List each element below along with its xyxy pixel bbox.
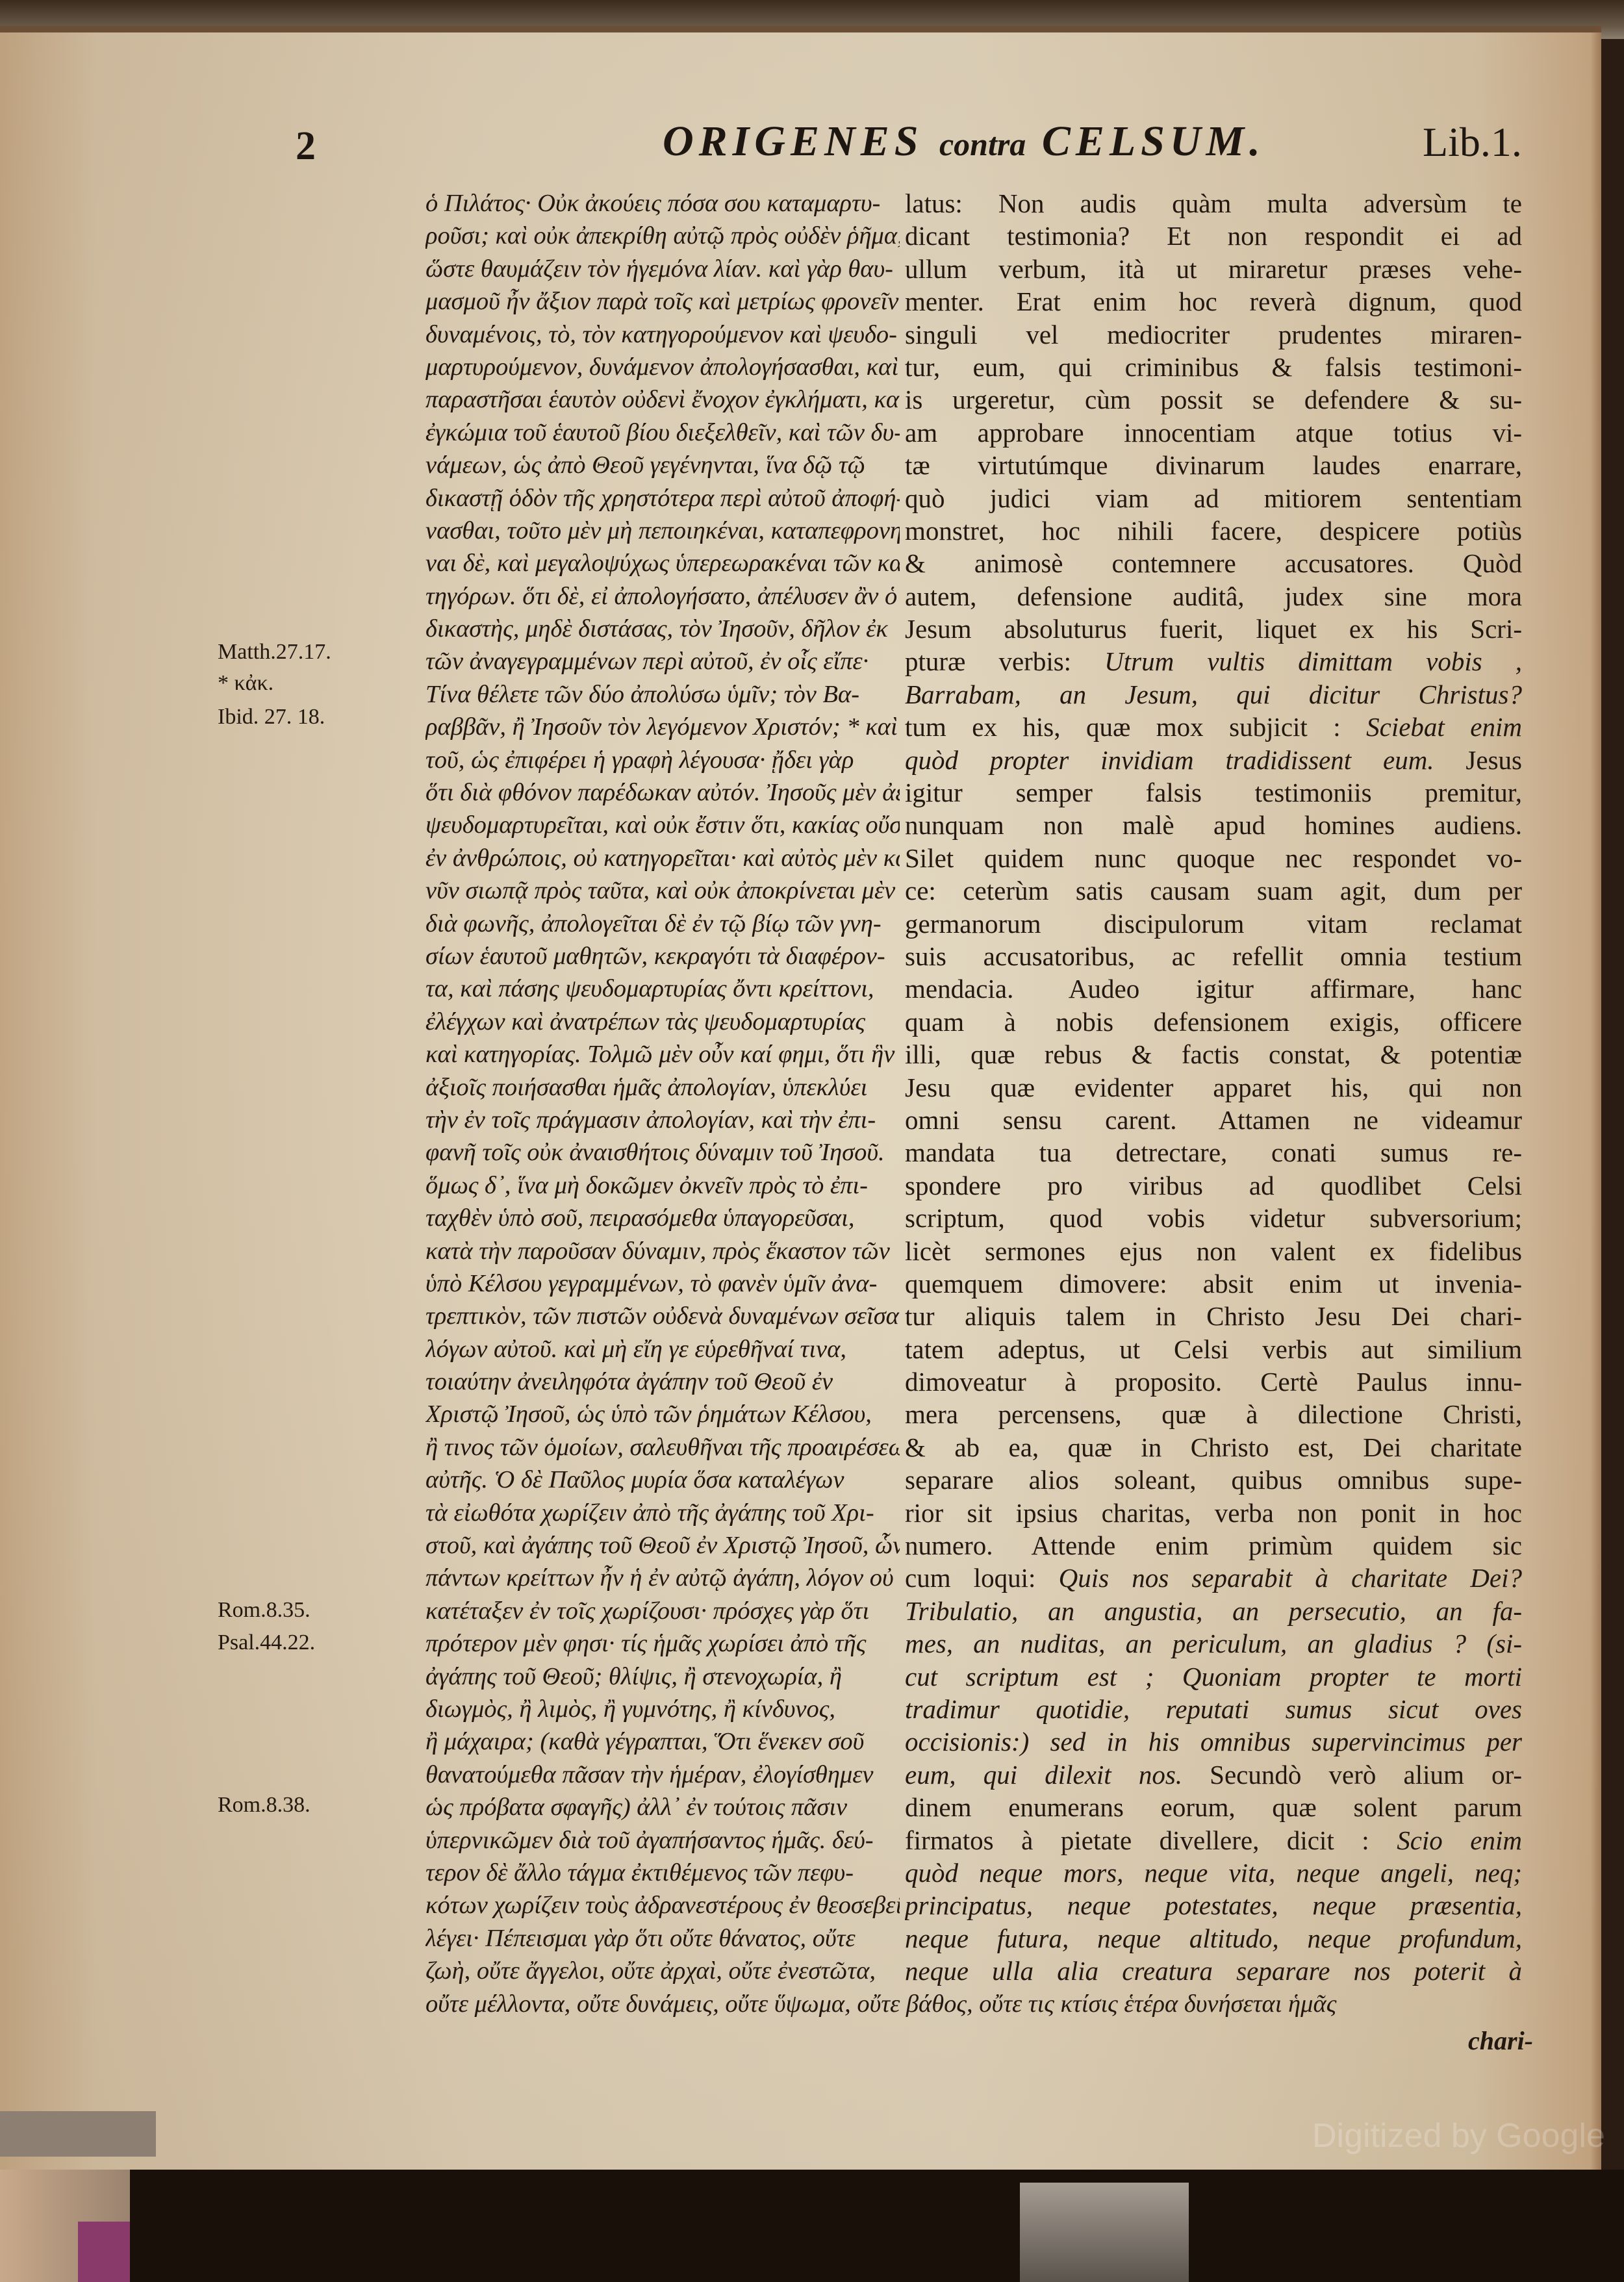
- greek-line: θανατούμεθα πᾶσαν τὴν ἡμέραν, ἐλογίσθημε…: [425, 1758, 900, 1791]
- greek-line: τα, καὶ πάσης ψευδομαρτυρίας ὄντι κρείττ…: [425, 972, 900, 1005]
- greek-line: ροῦσι; καὶ οὐκ ἀπεκρίθη αὐτῷ πρὸς οὐδὲν …: [425, 220, 900, 252]
- latin-line: separare alios soleant, quibus omnibus s…: [905, 1464, 1522, 1496]
- greek-line: παραστῆσαι ἑαυτὸν οὐδενὶ ἔνοχον ἐγκλήματ…: [425, 383, 900, 416]
- latin-line: Barrabam, an Jesum, qui dicitur Christus…: [905, 678, 1522, 711]
- greek-line: ταχθὲν ὑπὸ σοῦ, πειρασόμεθα ὑπαγορεῦσαι,: [425, 1202, 900, 1234]
- greek-line: δικαστῇ ὁδὸν τῆς χρηστότερα περὶ αὐτοῦ ἀ…: [425, 482, 900, 514]
- latin-line: firmatos à pietate divellere, dicit : Sc…: [905, 1824, 1522, 1857]
- greek-line: λόγων αὐτοῦ. καὶ μὴ εἴη γε εὑρεθῆναί τιν…: [425, 1333, 900, 1365]
- latin-line: quòd propter invidiam tradidissent eum. …: [905, 744, 1522, 776]
- greek-line: ὥστε θαυμάζειν τὸν ἡγεμόνα λίαν. καὶ γὰρ…: [425, 253, 900, 285]
- running-title: ORIGENES contra CELSUM.: [663, 117, 1265, 166]
- latin-line: & animosè contemnere accusatores. Quòd: [905, 547, 1522, 579]
- greek-line: κότων χωρίζειν τοὺς ἀδρανεστέρους ἐν θεο…: [425, 1889, 900, 1921]
- greek-line: ὅμως δ᾽, ἵνα μὴ δοκῶμεν ὀκνεῖν πρὸς τὸ ἐ…: [425, 1169, 900, 1202]
- greek-line: τοιαύτην ἀνειληφότα ἀγάπην τοῦ Θεοῦ ἐν: [425, 1365, 900, 1398]
- margin-citation: Psal.44.22.: [218, 1630, 315, 1655]
- latin-line: scriptum, quod vobis videtur subversoriu…: [905, 1202, 1522, 1234]
- greek-line: τὰ εἰωθότα χωρίζειν ἀπὸ τῆς ἀγάπης τοῦ Χ…: [425, 1497, 900, 1529]
- latin-line: ullum verbum, ità ut miraretur præses ve…: [905, 253, 1522, 285]
- margin-citation: Matth.27.17.: [218, 640, 331, 665]
- greek-line: ραββᾶν, ἢ Ἰησοῦν τὸν λεγόμενον Χριστόν; …: [425, 711, 900, 743]
- latin-line: & ab ea, quæ in Christo est, Dei charita…: [905, 1431, 1522, 1464]
- latin-line: illi, quæ rebus & factis constat, & pote…: [905, 1038, 1522, 1071]
- latin-line: quemquem dimovere: absit enim ut invenia…: [905, 1267, 1522, 1300]
- digitization-watermark: Digitized by Google: [1312, 2116, 1605, 2155]
- latin-line: cum loqui: Quis nos separabit à charitat…: [905, 1562, 1522, 1594]
- greek-line: μασμοῦ ἦν ἄξιον παρὰ τοῖς καὶ μετρίως φρ…: [425, 285, 900, 318]
- latin-line: igitur semper falsis testimoniis premitu…: [905, 776, 1522, 809]
- latin-line: mandata tua detrectare, conati sumus re-: [905, 1136, 1522, 1169]
- greek-line: ἢ τινος τῶν ὁμοίων, σαλευθῆναι τῆς προαι…: [425, 1431, 900, 1464]
- latin-line: latus: Non audis quàm multa adversùm te: [905, 187, 1522, 220]
- greek-line: διὰ φωνῆς, ἀπολογεῖται δὲ ἐν τῷ βίῳ τῶν …: [425, 907, 900, 940]
- greek-line: λέγει· Πέπεισμαι γὰρ ὅτι οὔτε θάνατος, ο…: [425, 1922, 900, 1955]
- latin-line: quò judici viam ad mitiorem sententiam: [905, 482, 1522, 514]
- margin-citation: Rom.8.35.: [218, 1598, 311, 1623]
- greek-line: ὁ Πιλάτος· Οὐκ ἀκούεις πόσα σου καταμαρτ…: [425, 187, 900, 220]
- latin-line: monstret, hoc nihili facere, despicere p…: [905, 514, 1522, 547]
- greek-line: φανῆ τοῖς οὐκ ἀναισθήτοις δύναμιν τοῦ Ἰη…: [425, 1136, 900, 1169]
- latin-line: tæ virtutúmque divinarum laudes enarrare…: [905, 449, 1522, 481]
- greek-line: ἢ μάχαιρα; (καθὰ γέγραπται, Ὅτι ἕνεκεν σ…: [425, 1725, 900, 1758]
- latin-line: mera percensens, quæ à dilectione Christ…: [905, 1398, 1522, 1430]
- scanner-clip: [0, 2111, 156, 2157]
- greek-line: ἐγκώμια τοῦ ἑαυτοῦ βίου διεξελθεῖν, καὶ …: [425, 416, 900, 449]
- margin-citation: Ibid. 27. 18.: [218, 705, 325, 729]
- latin-line: nunquam non malè apud homines audiens.: [905, 809, 1522, 841]
- latin-line: tum ex his, quæ mox subjicit : Sciebat e…: [905, 711, 1522, 743]
- latin-line: rior sit ipsius charitas, verba non poni…: [905, 1497, 1522, 1529]
- greek-line: ἐν ἀνθρώποις, οὐ κατηγορεῖται· καὶ αὐτὸς…: [425, 842, 900, 874]
- latin-line: neque ulla alia creatura separare nos po…: [905, 1955, 1522, 1987]
- greek-line: κατέταξεν ἐν τοῖς χωρίζουσι· πρόσχες γὰρ…: [425, 1595, 900, 1627]
- greek-line: στοῦ, καὶ ἀγάπης τοῦ Θεοῦ ἐν Χριστῷ Ἰησο…: [425, 1529, 900, 1562]
- greek-line: τηγόρων. ὅτι δὲ, εἰ ἀπολογήσατο, ἀπέλυσε…: [425, 580, 900, 613]
- latin-line: menter. Erat enim hoc reverà dignum, quo…: [905, 285, 1522, 318]
- greek-line: δυναμένοις, τὸ, τὸν κατηγορούμενον καὶ ψ…: [425, 318, 900, 351]
- latin-line: licèt sermones ejus non valent ex fideli…: [905, 1235, 1522, 1267]
- latin-line: Tribulatio, an angustia, an persecutio, …: [905, 1595, 1522, 1627]
- latin-line: autem, defensione auditâ, judex sine mor…: [905, 580, 1522, 613]
- latin-line: Jesum absoluturus fuerit, liquet ex his …: [905, 613, 1522, 645]
- greek-line: ζωὴ, οὔτε ἄγγελοι, οὔτε ἀρχαὶ, οὔτε ἐνεσ…: [425, 1955, 900, 1987]
- book-number: Lib.1.: [1423, 118, 1522, 166]
- latin-line: quòd neque mors, neque vita, neque angel…: [905, 1857, 1522, 1889]
- latin-line: am approbare innocentiam atque totius vi…: [905, 416, 1522, 449]
- greek-line: καὶ κατηγορίας. Τολμῶ μὲν οὖν καί φημι, …: [425, 1038, 900, 1071]
- greek-line: Χριστῷ Ἰησοῦ, ὡς ὑπὸ τῶν ῥημάτων Κέλσου,: [425, 1398, 900, 1430]
- greek-line: ὑπερνικῶμεν διὰ τοῦ ἀγαπήσαντος ἡμᾶς. δε…: [425, 1824, 900, 1857]
- greek-final-line: οὔτε μέλλοντα, οὔτε δυνάμεις, οὔτε ὕψωμα…: [425, 1988, 1530, 2020]
- latin-line: numero. Attende enim primùm quidem sic: [905, 1529, 1522, 1562]
- greek-line: ὡς πρόβατα σφαγῆς) ἀλλ᾽ ἐν τούτοις πᾶσιν: [425, 1791, 900, 1823]
- latin-line: quam à nobis defensionem exigis, officer…: [905, 1006, 1522, 1038]
- greek-line: ἐλέγχων καὶ ἀνατρέπων τὰς ψευδομαρτυρίας: [425, 1006, 900, 1038]
- greek-line: πρότερον μὲν φησι· τίς ἡμᾶς χωρίσει ἀπὸ …: [425, 1627, 900, 1660]
- latin-line: eum, qui dilexit nos. Secundò verò alium…: [905, 1758, 1522, 1791]
- latin-line: cut scriptum est ; Quoniam propter te mo…: [905, 1660, 1522, 1693]
- greek-line: νῦν σιωπᾷ πρὸς ταῦτα, καὶ οὐκ ἀποκρίνετα…: [425, 874, 900, 907]
- greek-line: νασθαι, τοῦτο μὲν μὴ πεποιηκέναι, καταπε…: [425, 514, 900, 547]
- latin-line: dimoveatur à proposito. Certè Paulus inn…: [905, 1365, 1522, 1398]
- latin-line: ce: ceterùm satis causam suam agit, dum …: [905, 874, 1522, 907]
- latin-line: Jesu quæ evidenter apparet his, qui non: [905, 1071, 1522, 1104]
- latin-line: tur, eum, qui criminibus & falsis testim…: [905, 351, 1522, 383]
- page-gutter-shadow: [1590, 26, 1601, 2170]
- greek-line: ἀγάπης τοῦ Θεοῦ; θλίψις, ἢ στενοχωρία, ἢ: [425, 1660, 900, 1693]
- greek-line: αὐτῆς. Ὁ δὲ Παῦλος μυρία ὅσα καταλέγων: [425, 1464, 900, 1496]
- greek-line: κατὰ τὴν παροῦσαν δύναμιν, πρὸς ἕκαστον …: [425, 1235, 900, 1267]
- latin-line: neque futura, neque altitudo, neque prof…: [905, 1922, 1522, 1955]
- greek-line: τῶν ἀναγεγραμμένων περὶ αὐτοῦ, ἐν οἷς εἴ…: [425, 645, 900, 678]
- greek-line: πάντων κρείττων ἦν ἡ ἐν αὐτῷ ἀγάπη, λόγο…: [425, 1562, 900, 1594]
- latin-line: occisionis:) sed in his omnibus supervin…: [905, 1725, 1522, 1758]
- greek-line: δικαστὴς, μηδὲ διστάσας, τὸν Ἰησοῦν, δῆλ…: [425, 613, 900, 645]
- latin-line: omni sensu carent. Attamen ne videamur: [905, 1104, 1522, 1136]
- scanner-clamp: [1020, 2183, 1189, 2282]
- latin-line: tur aliquis talem in Christo Jesu Dei ch…: [905, 1300, 1522, 1332]
- greek-line: νάμεων, ὡς ἀπὸ Θεοῦ γεγένηνται, ἵνα δῷ τ…: [425, 449, 900, 481]
- scanner-bed: [0, 2170, 1624, 2282]
- greek-line: ὅτι διὰ φθόνον παρέδωκαν αὐτόν. Ἰησοῦς μ…: [425, 776, 900, 809]
- latin-line: pturæ verbis: Utrum vultis dimittam vobi…: [905, 645, 1522, 678]
- latin-line: dinem enumerans eorum, quæ solent parum: [905, 1791, 1522, 1823]
- latin-line: Silet quidem nunc quoque nec respondet v…: [905, 842, 1522, 874]
- latin-line: principatus, neque potestates, neque præ…: [905, 1889, 1522, 1921]
- greek-line: τοῦ, ὡς ἐπιφέρει ἡ γραφὴ λέγουσα· ᾔδει γ…: [425, 744, 900, 776]
- greek-line: ὑπὸ Κέλσου γεγραμμένων, τὸ φανὲν ὑμῖν ἀν…: [425, 1267, 900, 1300]
- greek-line: Τίνα θέλετε τῶν δύο ἀπολύσω ὑμῖν; τὸν Βα…: [425, 678, 900, 711]
- latin-line: suis accusatoribus, ac refellit omnia te…: [905, 940, 1522, 972]
- margin-citation: * κἀκ.: [218, 671, 273, 696]
- catchword: chari-: [1468, 2025, 1533, 2056]
- latin-line: tatem adeptus, ut Celsi verbis aut simil…: [905, 1333, 1522, 1365]
- latin-line: germanorum discipulorum vitam reclamat: [905, 907, 1522, 940]
- greek-line: τρεπτικὸν, τῶν πιστῶν οὐδενὰ δυναμένων σ…: [425, 1300, 900, 1332]
- latin-line: mes, an nuditas, an periculum, an gladiu…: [905, 1627, 1522, 1660]
- greek-line: μαρτυρούμενον, δυνάμενον ἀπολογήσασθαι, …: [425, 351, 900, 383]
- latin-line: singuli vel mediocriter prudentes mirare…: [905, 318, 1522, 351]
- greek-line: ναι δὲ, καὶ μεγαλοψύχως ὑπερεωρακέναι τῶ…: [425, 547, 900, 579]
- margin-citation: Rom.8.38.: [218, 1793, 311, 1818]
- scanner-finger-guard: [78, 2222, 130, 2282]
- greek-text-column: ὁ Πιλάτος· Οὐκ ἀκούεις πόσα σου καταμαρτ…: [425, 187, 900, 1987]
- greek-line: τὴν ἐν τοῖς πράγμασιν ἀπολογίαν, καὶ τὴν…: [425, 1104, 900, 1136]
- latin-line: tradimur quotidie, reputati sumus sicut …: [905, 1693, 1522, 1725]
- greek-line: σίων ἑαυτοῦ μαθητῶν, κεκραγότι τὰ διαφέρ…: [425, 940, 900, 972]
- latin-line: mendacia. Audeo igitur affirmare, hanc: [905, 972, 1522, 1005]
- greek-line: ἀξιοῖς ποιήσασθαι ἡμᾶς ἀπολογίαν, ὑπεκλύ…: [425, 1071, 900, 1104]
- page-number: 2: [296, 123, 316, 170]
- greek-line: διωγμὸς, ἢ λιμὸς, ἢ γυμνότης, ἢ κίνδυνος…: [425, 1693, 900, 1725]
- latin-line: spondere pro viribus ad quodlibet Celsi: [905, 1169, 1522, 1202]
- running-header: 2 ORIGENES contra CELSUM. Lib.1.: [0, 117, 1601, 175]
- latin-line: is urgeretur, cùm possit se defendere & …: [905, 383, 1522, 416]
- latin-line: dicant testimonia? Et non respondit ei a…: [905, 220, 1522, 252]
- greek-line: ψευδομαρτυρεῖται, καὶ οὐκ ἔστιν ὅτι, κακ…: [425, 809, 900, 841]
- latin-text-column: latus: Non audis quàm multa adversùm ted…: [905, 187, 1522, 1987]
- greek-line: τερον δὲ ἄλλο τάγμα ἐκτιθέμενος τῶν πεφυ…: [425, 1857, 900, 1889]
